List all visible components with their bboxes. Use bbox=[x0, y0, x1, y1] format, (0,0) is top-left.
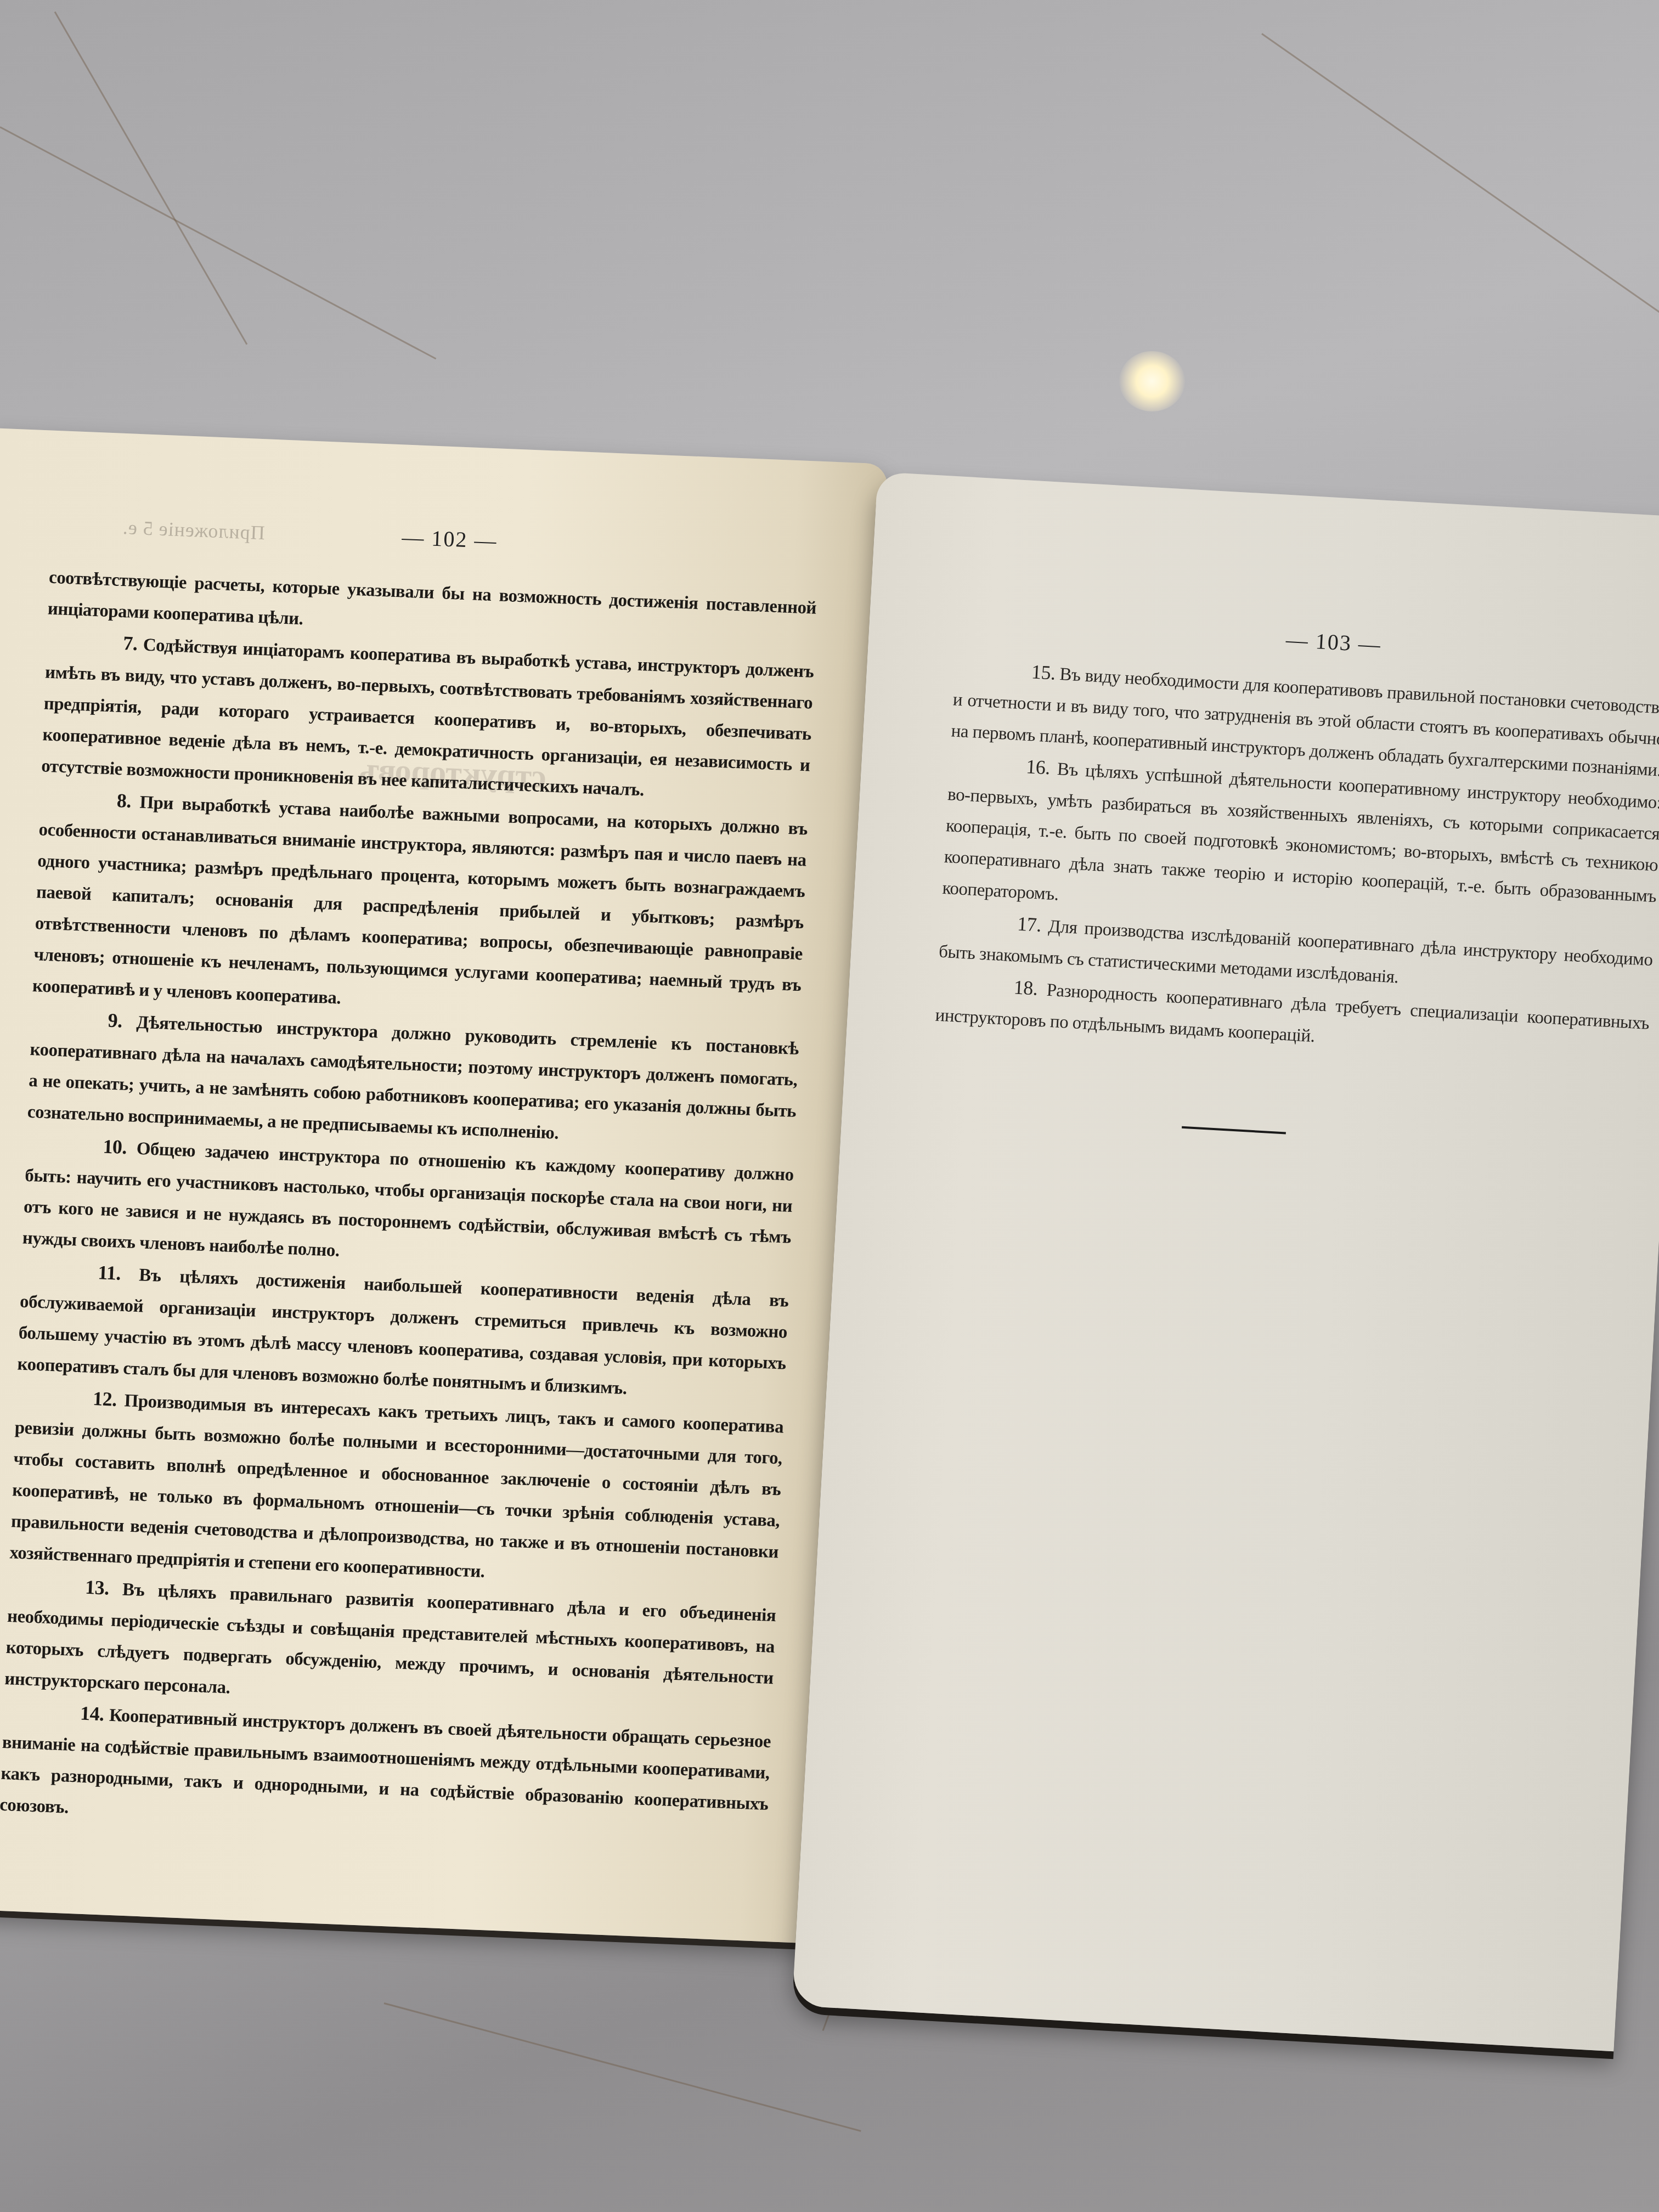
paragraph-text: Въ цѣляхъ правильнаго развитія кооперати… bbox=[4, 1579, 776, 1697]
left-page-text: соотвѣтствующіе расчеты, которые указыва… bbox=[0, 562, 817, 1852]
paragraph-number: 16. bbox=[1025, 755, 1051, 778]
paragraph-text: Въ цѣляхъ успѣшной дѣятельности кооперат… bbox=[942, 759, 1659, 906]
paragraph-text: При выработкѣ устава наиболѣе важными во… bbox=[32, 793, 808, 1008]
right-page: — 103 — 15. Въ виду необходимости для ко… bbox=[792, 472, 1659, 2051]
marble-vein bbox=[384, 2002, 861, 2132]
running-head-bleedthrough: Приложеніе 5 е. bbox=[122, 516, 265, 544]
page-number: — 103 — bbox=[1285, 627, 1382, 658]
paragraph-number: 7. bbox=[123, 632, 138, 654]
marble-vein bbox=[0, 126, 436, 359]
paragraph-text: Общею задачею инструктора по отношенію к… bbox=[22, 1139, 794, 1261]
marble-vein bbox=[54, 12, 248, 345]
paragraph-number: 15. bbox=[1031, 661, 1056, 684]
left-page: Приложеніе 5 е. — 102 — структоровъ соот… bbox=[0, 428, 888, 1944]
light-glare bbox=[1119, 351, 1185, 411]
marble-vein bbox=[1261, 33, 1659, 318]
paragraph-8: 8. При выработкѣ устава наиболѣе важными… bbox=[32, 782, 808, 1032]
paragraph-text: Кооперативный инструкторъ долженъ въ сво… bbox=[0, 1706, 771, 1818]
paragraph-number: 18. bbox=[1013, 976, 1039, 999]
paragraph-number: 10. bbox=[103, 1135, 127, 1158]
page-number: — 102 — bbox=[402, 524, 498, 554]
paragraph-text: соотвѣтствующіе расчеты, которые указыва… bbox=[47, 568, 817, 629]
end-of-section-rule bbox=[1182, 1126, 1286, 1135]
paragraph-number: 8. bbox=[116, 789, 132, 812]
paragraph-number: 9. bbox=[108, 1009, 123, 1032]
paragraph-number: 11. bbox=[98, 1261, 121, 1284]
paragraph-text: Содѣйствуя инціаторамъ кооператива въ вы… bbox=[41, 635, 814, 800]
paragraph-7: 7. Содѣйствуя инціаторамъ кооператива въ… bbox=[41, 625, 814, 813]
paragraph-text: Въ цѣляхъ достиженія наибольшей кооперат… bbox=[17, 1265, 789, 1398]
paragraph-text: Дѣятельностью инструктора должно руковод… bbox=[27, 1013, 799, 1143]
right-page-text: 15. Въ виду необходимости для кооператив… bbox=[934, 652, 1659, 1070]
paragraph-text: Производимыя въ интересахъ какъ третьихъ… bbox=[9, 1391, 784, 1582]
paragraph-number: 14. bbox=[80, 1702, 104, 1725]
paragraph-12: 12. Производимыя въ интересахъ какъ трет… bbox=[9, 1380, 785, 1599]
paragraph-number: 12. bbox=[92, 1387, 117, 1410]
paragraph-number: 17. bbox=[1017, 913, 1042, 936]
paragraph-number: 13. bbox=[85, 1576, 110, 1599]
